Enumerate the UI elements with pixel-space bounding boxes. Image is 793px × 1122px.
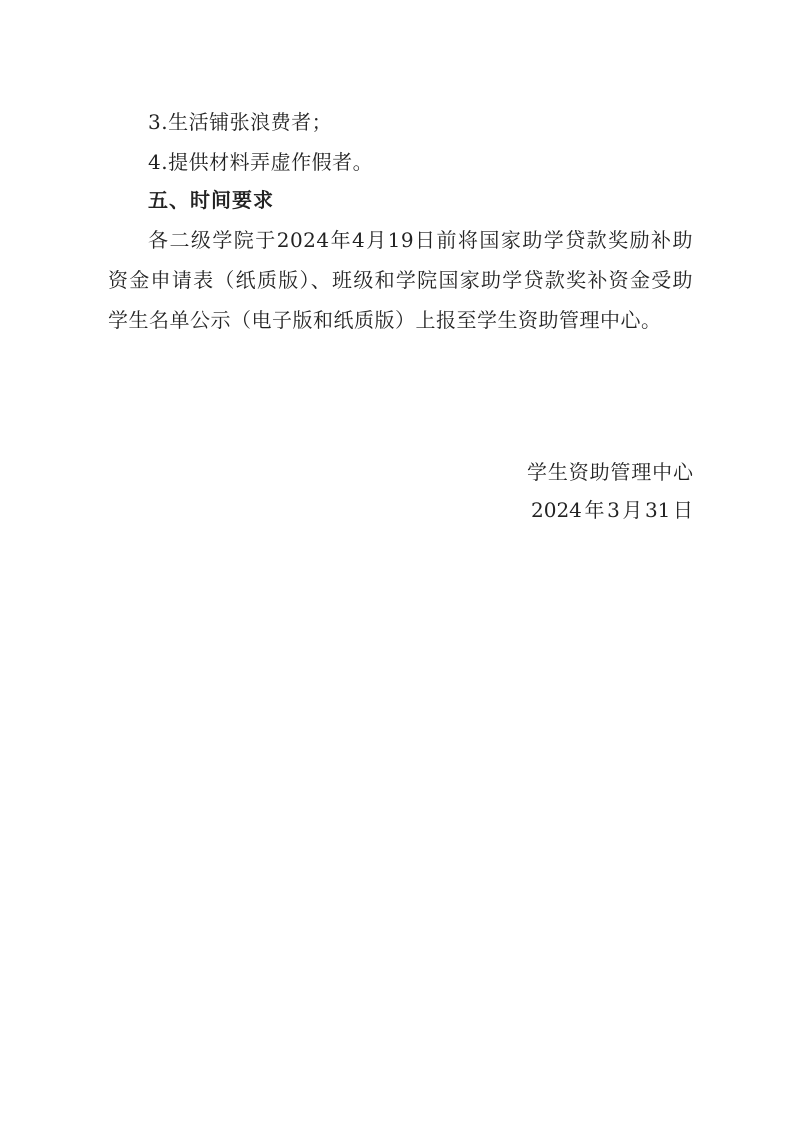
paragraph-line-2: 资金申请表（纸质版）、班级和学院国家助学贷款奖补资金受助 [108, 266, 693, 294]
document-page: 3.生活铺张浪费者； 4.提供材料弄虚作假者。 五、时间要求 各二级学院于202… [0, 0, 793, 1122]
signature-date: 2024年3月31日 [531, 496, 693, 524]
list-item-3: 3.生活铺张浪费者； [148, 108, 332, 136]
section-heading: 五、时间要求 [148, 186, 274, 214]
list-item-4: 4.提供材料弄虚作假者。 [148, 148, 373, 176]
signature-organization: 学生资助管理中心 [527, 458, 693, 486]
paragraph-line-3: 学生名单公示（电子版和纸质版）上报至学生资助管理中心。 [108, 306, 662, 334]
paragraph-line-1: 各二级学院于2024年4月19日前将国家助学贷款奖励补助 [148, 226, 693, 254]
